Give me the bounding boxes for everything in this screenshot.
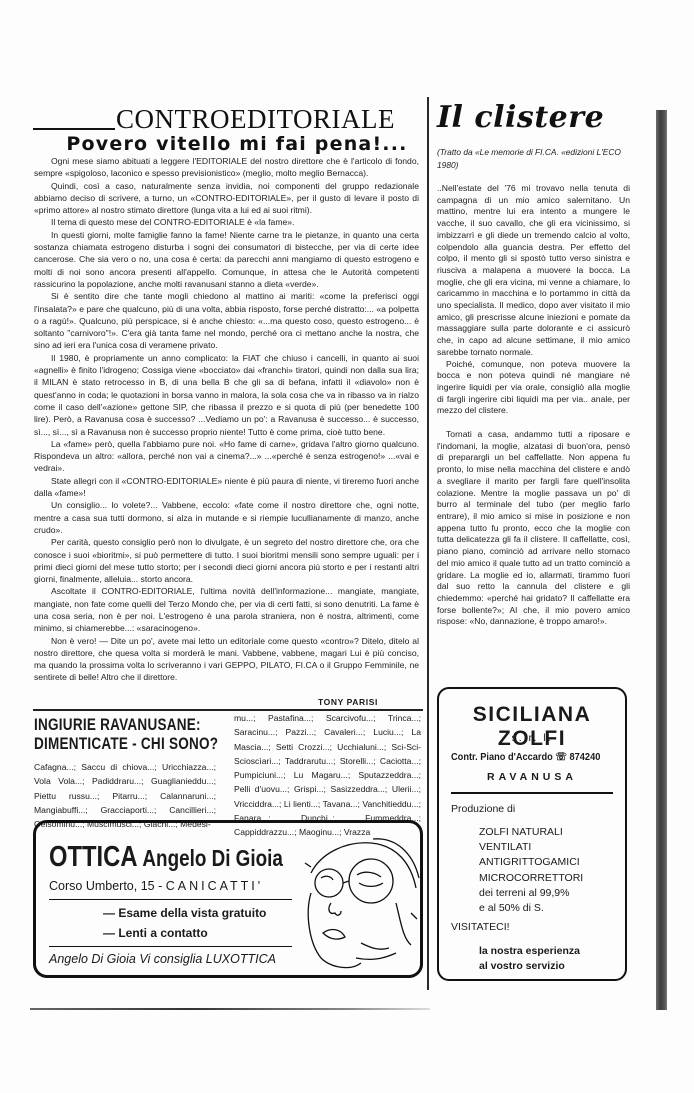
page-edge-shadow bbox=[656, 110, 667, 1010]
paragraph: Per carità, questo consiglio però non lo… bbox=[34, 536, 419, 585]
paragraph: Quindi, così a caso, naturalmente senza … bbox=[34, 180, 419, 217]
clistere-body: ..Nell'estate del '76 mi trovavo nella t… bbox=[437, 183, 630, 628]
ottica-service: — Esame della vista gratuito bbox=[103, 906, 266, 920]
paragraph: La «fame» però, quella l'abbiamo pure no… bbox=[34, 438, 419, 475]
ottica-name: OTTICAAngelo Di Gioia bbox=[49, 841, 283, 874]
telephone-icon: ☏ bbox=[555, 751, 567, 763]
paragraph: Ascoltate il CONTRO-EDITORIALE, l'ultima… bbox=[34, 585, 419, 634]
slogan-line: la nostra esperienza bbox=[479, 944, 580, 959]
paragraph: Poiché, comunque, non poteva muovere la … bbox=[437, 359, 630, 418]
paragraph: Un consiglio... lo volete?... Vabbene, e… bbox=[34, 499, 419, 536]
clistere-title: Il clistere bbox=[437, 100, 604, 135]
ottica-city: CANICATTI' bbox=[166, 879, 263, 893]
product-item: e al 50% di S. bbox=[479, 901, 583, 916]
zolfi-product-list: ZOLFI NATURALI VENTILATI ANTIGRITTOGAMIC… bbox=[479, 825, 583, 916]
paragraph: Non è vero! — Dite un po', avete mai let… bbox=[34, 635, 419, 684]
zolfi-intro: Produzione di bbox=[451, 803, 515, 815]
siciliana-zolfi-advertisement: SICILIANA ZOLFI s. r. l. Contr. Piano d'… bbox=[437, 687, 627, 981]
zolfi-phone: 874240 bbox=[570, 751, 601, 763]
paragraph: ..Nell'estate del '76 mi trovavo nella t… bbox=[437, 183, 630, 359]
ingiurie-title-line1: INGIURIE RAVANUSANE: bbox=[34, 716, 223, 735]
headline: Povero vitello mi fai pena!... bbox=[62, 133, 412, 155]
clistere-source: (Tratto da «Le memorie di FI.CA. «edizio… bbox=[437, 146, 627, 172]
ottica-address: Corso Umberto, 15 - CANICATTI' bbox=[49, 879, 263, 893]
ad-rule bbox=[49, 946, 292, 947]
product-item: dei terreni al 99,9% bbox=[479, 886, 583, 901]
ottica-advertisement: OTTICAAngelo Di Gioia Corso Umberto, 15 … bbox=[33, 820, 423, 978]
product-item: MICROCORRETTORI bbox=[479, 871, 583, 886]
title-rule bbox=[33, 128, 115, 130]
article-body: Ogni mese siamo abituati a leggere l'EDI… bbox=[34, 155, 419, 684]
paragraph: Si è sentito dire che tante mogli chiedo… bbox=[34, 290, 419, 351]
ottica-brand: OTTICA bbox=[49, 841, 138, 873]
ottica-tagline: Angelo Di Gioia Vi consiglia LUXOTTICA bbox=[49, 952, 276, 966]
ad-rule bbox=[49, 899, 292, 900]
zolfi-call-to-action: VISITATECI! bbox=[451, 921, 510, 933]
zolfi-address: Contr. Piano d'Accardo bbox=[451, 751, 553, 763]
ad-rule bbox=[451, 792, 613, 794]
face-with-glasses-illustration-icon bbox=[301, 833, 421, 973]
ottica-service: — Lenti a contatto bbox=[103, 926, 208, 940]
article-author: TONY PARISI bbox=[318, 697, 378, 707]
slogan-line: al vostro servizio bbox=[479, 959, 580, 974]
paragraph: Il 1980, è propriamente un anno complica… bbox=[34, 352, 419, 438]
section-title: CONTROEDITORIALE bbox=[116, 104, 395, 135]
product-item: ZOLFI NATURALI bbox=[479, 825, 583, 840]
page-bottom-rule bbox=[30, 1008, 430, 1010]
zolfi-address-line: Contr. Piano d'Accardo ☏ 874240 bbox=[451, 751, 600, 763]
column-divider bbox=[427, 97, 429, 990]
zolfi-slogan: la nostra esperienza al vostro servizio bbox=[479, 944, 580, 974]
zolfi-city: RAVANUSA bbox=[439, 771, 625, 783]
ingiurie-title-line2: DIMENTICATE - CHI SONO? bbox=[34, 735, 223, 754]
ottica-owner: Angelo Di Gioia bbox=[142, 845, 282, 871]
paragraph: In questi giorni, molte famiglie fanno l… bbox=[34, 229, 419, 290]
product-item: VENTILATI bbox=[479, 840, 583, 855]
paragraph: Il tema di questo mese del CONTRO-EDITOR… bbox=[34, 216, 419, 228]
product-item: ANTIGRITTOGAMICI bbox=[479, 855, 583, 870]
paragraph: Tornati a casa, andammo tutti a riposare… bbox=[437, 429, 630, 628]
paragraph: State allegri con il «CONTRO-EDITORIALE»… bbox=[34, 475, 419, 500]
ottica-street: Corso Umberto, 15 - bbox=[49, 879, 166, 893]
ingiurie-title: INGIURIE RAVANUSANE: DIMENTICATE - CHI S… bbox=[34, 716, 223, 754]
zolfi-company-type: s. r. l. bbox=[439, 732, 625, 744]
paragraph: Ogni mese siamo abituati a leggere l'EDI… bbox=[34, 155, 419, 180]
